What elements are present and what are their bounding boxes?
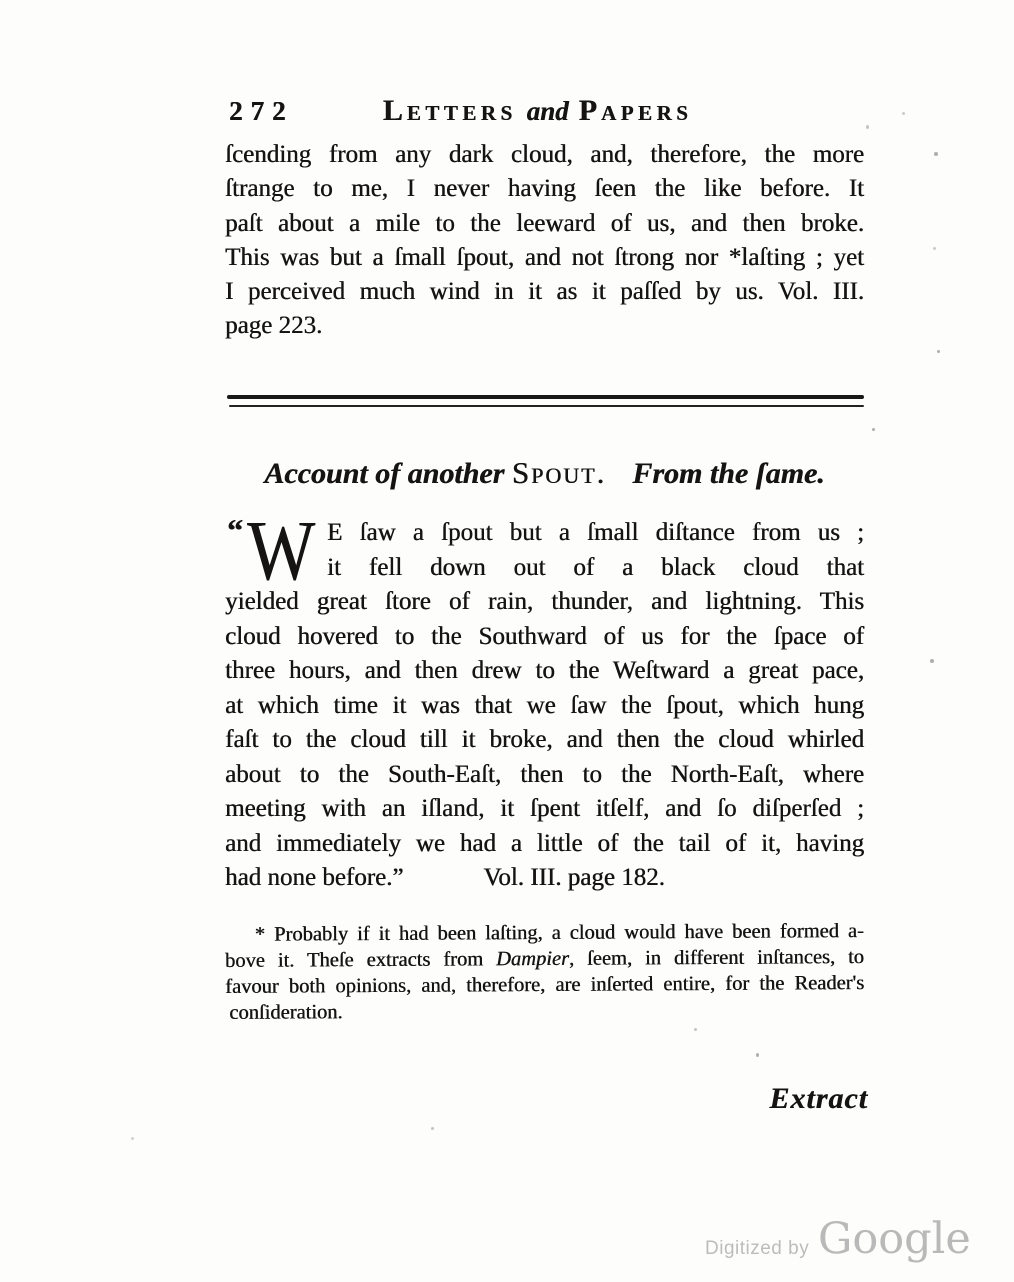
section-divider-rule-top xyxy=(227,395,864,399)
heading-part1: Account of another xyxy=(264,457,504,490)
footnote-text: bove it. Theſe extracts from xyxy=(225,948,496,972)
title-word2-rest: APERS xyxy=(601,101,692,125)
section-divider-rule-bottom xyxy=(229,405,864,407)
text-line: ſtrange to me, I never having ſeen the l… xyxy=(225,172,864,206)
text-line: page 223. xyxy=(225,309,864,343)
watermark-prefix: Digitized by xyxy=(705,1238,809,1260)
footnote-author-name: Dampier xyxy=(496,948,569,970)
text-line: it fell down out of a black cloud that xyxy=(225,551,864,586)
footnote-line: favour both opinions, and, therefore, ar… xyxy=(225,970,864,1000)
text-line: yielded great ſtore of rain, thunder, an… xyxy=(225,585,864,620)
section-heading: Account of another Spout.From the ſame. xyxy=(225,452,864,495)
text-line: paſt about a mile to the leeward of us, … xyxy=(225,207,864,241)
text-line: and immediately we had a little of the t… xyxy=(225,827,864,862)
scan-speck xyxy=(866,125,869,129)
drop-cap: W xyxy=(247,518,315,582)
text-line: I perceived much wind in it as it paſſed… xyxy=(225,275,864,309)
text-line: meeting with an iſland, it ſpent itſelf,… xyxy=(225,792,864,827)
scanned-book-page: 272 LETTERSandPAPERS ſcending from any d… xyxy=(0,0,1014,1282)
title-conjunction: and xyxy=(527,96,569,126)
text-line: cloud hovered to the Southward of us for… xyxy=(225,620,864,655)
title-word1-initial: L xyxy=(383,94,407,127)
scan-speck xyxy=(937,350,940,353)
body-paragraph-continuation: ſcending from any dark cloud, and, there… xyxy=(225,138,864,344)
google-logo: Google xyxy=(818,1214,971,1264)
scan-speck xyxy=(872,428,875,431)
scan-speck xyxy=(933,247,936,250)
text-line: three hours, and then drew to the Weſtwa… xyxy=(225,654,864,689)
text-line: had none before.”Vol. III. page 182. xyxy=(225,861,864,896)
footnote-line: conſideration. xyxy=(225,996,864,1026)
title-word2-initial: P xyxy=(579,94,601,127)
digitization-watermark: Digitized by Google xyxy=(700,1216,920,1272)
footnote: * Probably if it had been laſting, a clo… xyxy=(225,918,865,1026)
scan-speck xyxy=(756,1053,759,1057)
heading-part2: From the ſame. xyxy=(632,457,825,490)
text-line: E ſaw a ſpout but a ſmall diſtance from … xyxy=(225,516,864,551)
catchword: Extract xyxy=(769,1082,868,1116)
footnote-text: , ſeem, in different inſtances, to xyxy=(569,946,864,970)
text-line: faſt to the cloud till it broke, and the… xyxy=(225,723,864,758)
text-line: This was but a ſmall ſpout, and not ſtro… xyxy=(225,241,864,275)
scan-speck xyxy=(431,1127,434,1130)
text-line: about to the South-Eaſt, then to the Nor… xyxy=(225,758,864,793)
footnote-line: * Probably if it had been laſting, a clo… xyxy=(225,918,864,948)
scan-speck xyxy=(902,112,905,115)
text-line: at which time it was that we ſaw the ſpo… xyxy=(225,689,864,724)
title-word1-rest: ETTERS xyxy=(407,101,517,125)
scan-speck xyxy=(694,1028,697,1031)
quote-paragraph: “ W E ſaw a ſpout but a ſmall diſtance f… xyxy=(225,516,864,896)
volume-reference: Vol. III. page 182. xyxy=(483,864,664,891)
scan-speck xyxy=(930,659,934,663)
quote-closing-text: had none before.” xyxy=(225,864,403,891)
text-line: ſcending from any dark cloud, and, there… xyxy=(225,138,864,172)
page-header: 272 LETTERSandPAPERS xyxy=(225,94,864,130)
running-title: LETTERSandPAPERS xyxy=(225,94,864,128)
scan-speck xyxy=(934,152,938,156)
scan-speck xyxy=(131,1137,134,1140)
opening-quote-mark: “ xyxy=(227,512,243,549)
heading-spout: Spout. xyxy=(512,455,606,490)
footnote-line: bove it. Theſe extracts from Dampier, ſe… xyxy=(225,944,864,974)
